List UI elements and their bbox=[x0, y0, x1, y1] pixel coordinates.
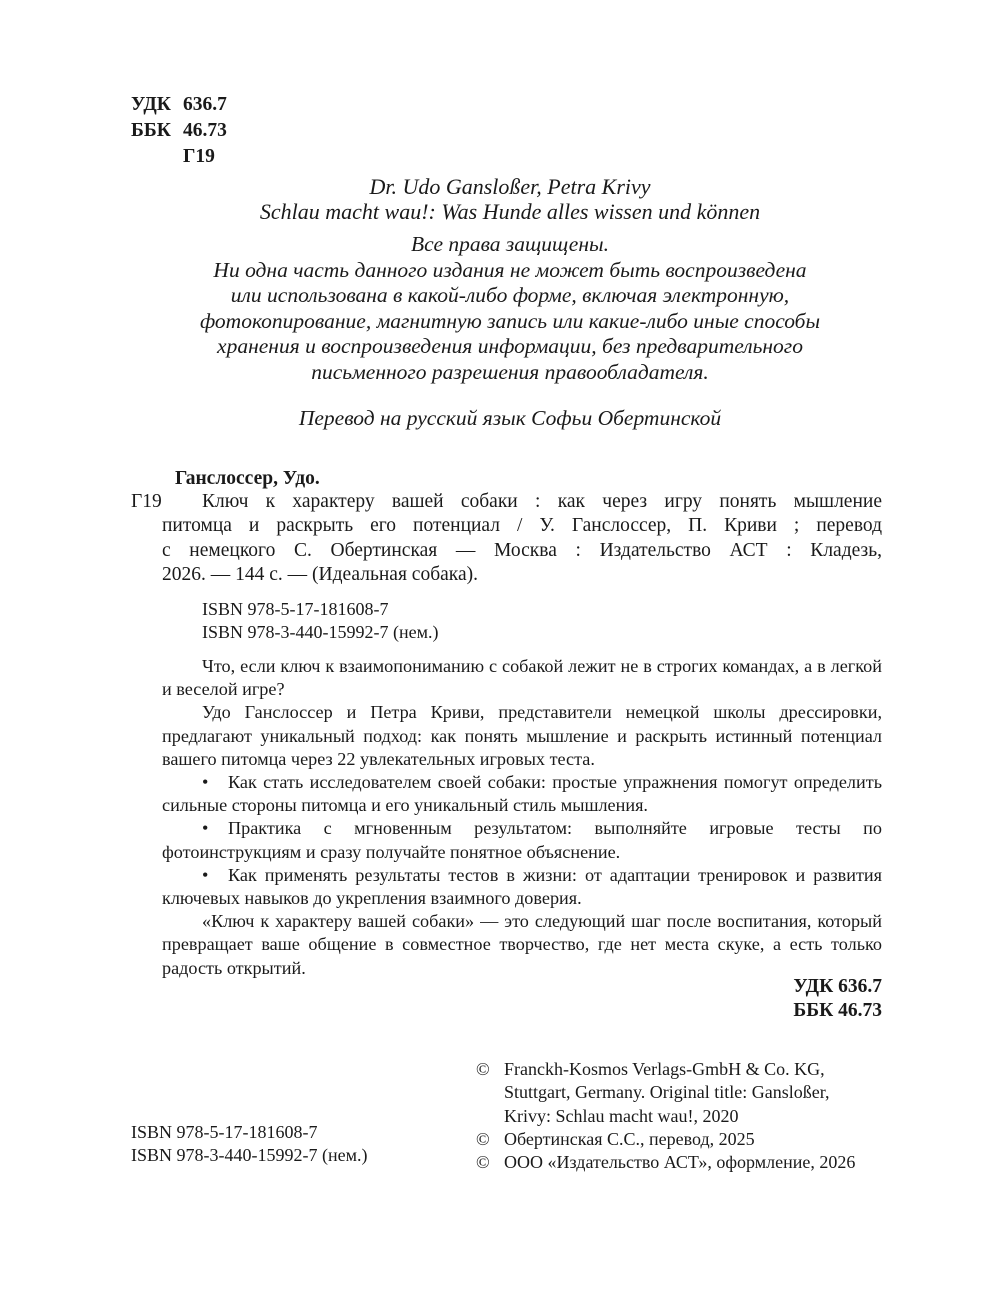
bullet-text: Практика с мгновенным результатом: выпол… bbox=[162, 818, 882, 861]
copyright-text: ООО «Издательство АСТ», оформление, 2026 bbox=[504, 1151, 855, 1174]
isbn-german: ISBN 978-3-440-15992-7 (нем.) bbox=[202, 621, 439, 644]
annotation-paragraph: Что, если ключ к взаимопониманию с собак… bbox=[162, 655, 882, 701]
bullet-text: Как стать исследователем своей собаки: п… bbox=[162, 772, 882, 815]
bib-line-1: Ключ к характеру вашей собаки : как чере… bbox=[202, 490, 882, 514]
isbn-russian: ISBN 978-5-17-181608-7 bbox=[202, 598, 439, 621]
translation-credit: Перевод на русский язык Софьи Обертинско… bbox=[130, 405, 890, 431]
classification-codes-top: УДК 636.7 ББК 46.73 Г19 bbox=[131, 92, 227, 170]
bib-line-3: с немецкого С. Обертинская — Москва : Из… bbox=[162, 539, 882, 563]
original-authors: Dr. Udo Gansloßer, Petra Krivy bbox=[130, 174, 890, 199]
bibliographic-code: Г19 bbox=[131, 490, 162, 514]
rights-line: хранения и воспроизведения информации, б… bbox=[130, 334, 890, 360]
copyright-item: © Обертинская С.С., перевод, 2025 bbox=[476, 1128, 855, 1151]
classification-codes-bottom: УДК 636.7 ББК 46.73 bbox=[793, 975, 882, 1023]
bib-line-4: 2026. — 144 с. — (Идеальная собака). bbox=[162, 563, 882, 587]
udk-value: 636.7 bbox=[183, 92, 227, 118]
udk-label: УДК bbox=[131, 92, 183, 118]
annotation-bullet-item: •Как стать исследователем своей собаки: … bbox=[162, 771, 882, 817]
rights-line: письменного разрешения правообладателя. bbox=[130, 360, 890, 386]
copyright-notices: © Franckh-Kosmos Verlags-GmbH & Co. KG, … bbox=[476, 1058, 855, 1174]
bullet-icon: • bbox=[202, 864, 228, 887]
rights-line: или использована в какой-либо форме, вкл… bbox=[130, 283, 890, 309]
isbn-russian: ISBN 978-5-17-181608-7 bbox=[131, 1121, 368, 1144]
bullet-text: Как применять результаты тестов в жизни:… bbox=[162, 865, 882, 908]
bbk-value: 46.73 bbox=[183, 118, 227, 144]
copyright-text: Franckh-Kosmos Verlags-GmbH & Co. KG, St… bbox=[504, 1058, 830, 1128]
copyright-icon: © bbox=[476, 1058, 504, 1128]
copyright-icon: © bbox=[476, 1128, 504, 1151]
imprint-page: УДК 636.7 ББК 46.73 Г19 Dr. Udo Gansloße… bbox=[0, 0, 986, 1299]
original-edition: Dr. Udo Gansloßer, Petra Krivy Schlau ma… bbox=[130, 174, 890, 224]
annotation-paragraph: Удо Ганслоссер и Петра Криви, представит… bbox=[162, 701, 882, 771]
rights-line: Ни одна часть данного издания не может б… bbox=[130, 258, 890, 284]
udk-row: УДК 636.7 bbox=[131, 92, 227, 118]
rights-line: Все права защищены. bbox=[130, 232, 890, 258]
isbn-footer: ISBN 978-5-17-181608-7 ISBN 978-3-440-15… bbox=[131, 1121, 368, 1167]
annotation: Что, если ключ к взаимопониманию с собак… bbox=[162, 655, 882, 980]
author-heading: Ганслоссер, Удо. bbox=[175, 467, 320, 491]
copyright-item: © ООО «Издательство АСТ», оформление, 20… bbox=[476, 1151, 855, 1174]
udk-code: УДК 636.7 bbox=[793, 975, 882, 999]
bib-line-2: питомца и раскрыть его потенциал / У. Га… bbox=[162, 514, 882, 538]
bbk-row: ББК 46.73 bbox=[131, 118, 227, 144]
isbn-german: ISBN 978-3-440-15992-7 (нем.) bbox=[131, 1144, 368, 1167]
isbn-list: ISBN 978-5-17-181608-7 ISBN 978-3-440-15… bbox=[202, 598, 439, 644]
original-title: Schlau macht wau!: Was Hunde alles wisse… bbox=[130, 199, 890, 224]
annotation-paragraph: «Ключ к характеру вашей собаки» — это сл… bbox=[162, 910, 882, 980]
rights-line: фотокопирование, магнитную запись или ка… bbox=[130, 309, 890, 335]
author-sign-row: Г19 bbox=[131, 144, 227, 170]
bbk-label: ББК bbox=[131, 118, 183, 144]
bbk-code: ББК 46.73 bbox=[793, 999, 882, 1023]
annotation-bullet-item: •Практика с мгновенным результатом: выпо… bbox=[162, 817, 882, 863]
copyright-text: Обертинская С.С., перевод, 2025 bbox=[504, 1128, 755, 1151]
bullet-icon: • bbox=[202, 817, 228, 840]
copyright-icon: © bbox=[476, 1151, 504, 1174]
copyright-item: © Franckh-Kosmos Verlags-GmbH & Co. KG, … bbox=[476, 1058, 855, 1128]
bullet-icon: • bbox=[202, 771, 228, 794]
author-sign: Г19 bbox=[183, 144, 215, 170]
annotation-bullet-item: •Как применять результаты тестов в жизни… bbox=[162, 864, 882, 910]
rights-notice: Все права защищены. Ни одна часть данног… bbox=[130, 232, 890, 385]
